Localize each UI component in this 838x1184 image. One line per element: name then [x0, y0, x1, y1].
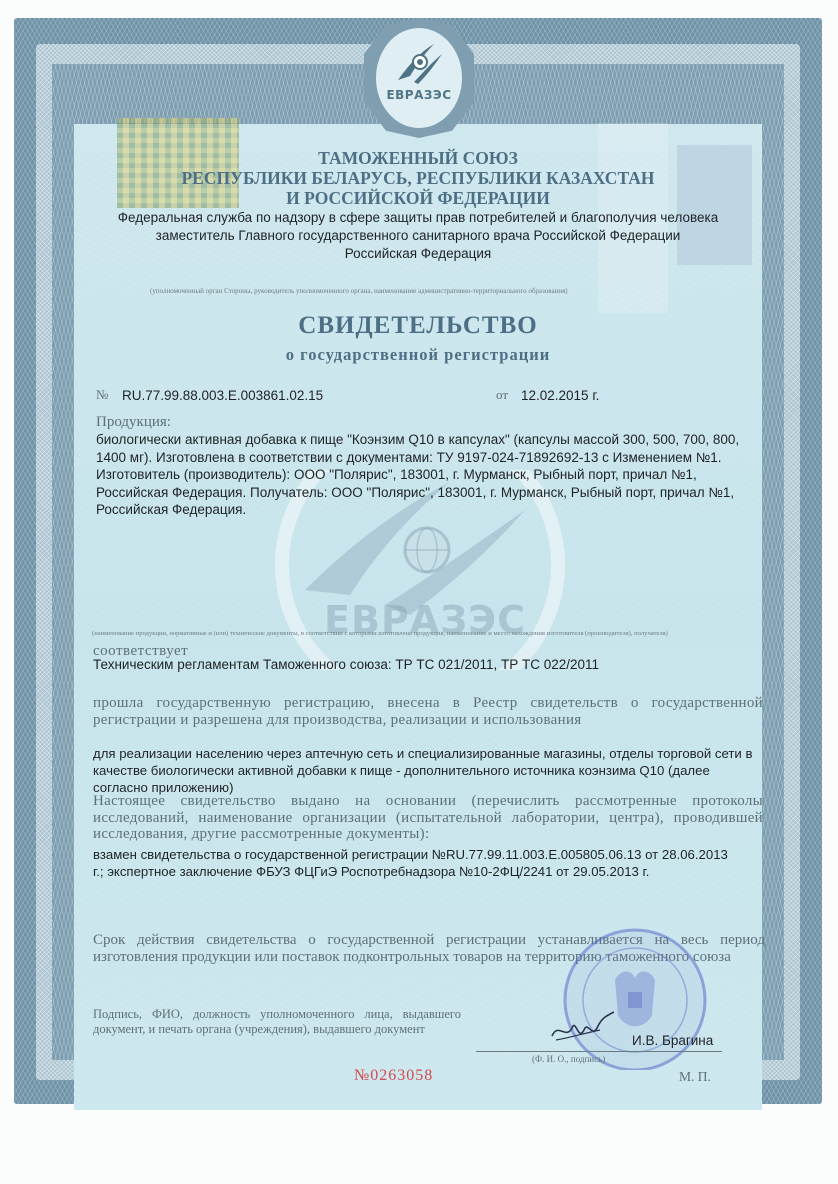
union-title-line: ТАМОЖЕННЫЙ СОЮЗ [74, 148, 762, 168]
product-description: биологически активная добавка к пище "Ко… [96, 431, 756, 519]
certificate-date: 12.02.2015 г. [521, 388, 599, 403]
authority-line: Российская Федерация [74, 245, 762, 263]
certificate-number: RU.77.99.88.003.Е.003861.02.15 [122, 388, 323, 403]
issuing-authority: Федеральная служба по надзору в сфере за… [74, 209, 762, 263]
eurasec-emblem: ЕВРАЗЭС [376, 28, 462, 128]
date-label: от [496, 387, 508, 403]
signature-caption: Подпись, ФИО, должность уполномоченного … [93, 1007, 461, 1036]
certificate-title: СВИДЕТЕЛЬСТВО [74, 312, 762, 340]
product-caption: (наименование продукции, нормативные и (… [92, 630, 668, 637]
basis-documents: взамен свидетельства о государственной р… [93, 846, 733, 880]
product-label: Продукция: [96, 414, 171, 431]
fio-caption: (Ф. И. О., подпись) [532, 1054, 605, 1064]
number-label: № [96, 387, 108, 403]
certificate-subtitle: о государственной регистрации [74, 345, 762, 365]
technical-regulations: Техническим регламентам Таможенного союз… [93, 657, 599, 672]
form-serial-number: №0263058 [354, 1067, 433, 1085]
eurasec-logo-icon [394, 40, 444, 88]
union-title-line: И РОССИЙСКОЙ ФЕДЕРАЦИИ [74, 188, 762, 208]
union-title-line: РЕСПУБЛИКИ БЕЛАРУСЬ, РЕСПУБЛИКИ КАЗАХСТА… [74, 168, 762, 188]
authority-caption: (уполномоченный орган Стороны, руководит… [150, 287, 568, 295]
registration-statement: прошла государственную регистрацию, внес… [93, 695, 763, 728]
emblem-label: ЕВРАЗЭС [386, 88, 451, 102]
usage-scope: для реализации населению через аптечную … [93, 745, 765, 796]
authority-line: Федеральная служба по надзору в сфере за… [74, 209, 762, 227]
signature-icon [548, 1010, 618, 1046]
signer-name: И.В. Брагина [632, 1033, 713, 1048]
signature-line [476, 1051, 722, 1052]
authority-line: заместитель Главного государственного са… [74, 227, 762, 245]
basis-label: Настоящее свидетельство выдано на основа… [93, 793, 763, 843]
union-title: ТАМОЖЕННЫЙ СОЮЗ РЕСПУБЛИКИ БЕЛАРУСЬ, РЕС… [74, 148, 762, 208]
stamp-place-label: М. П. [679, 1069, 711, 1085]
